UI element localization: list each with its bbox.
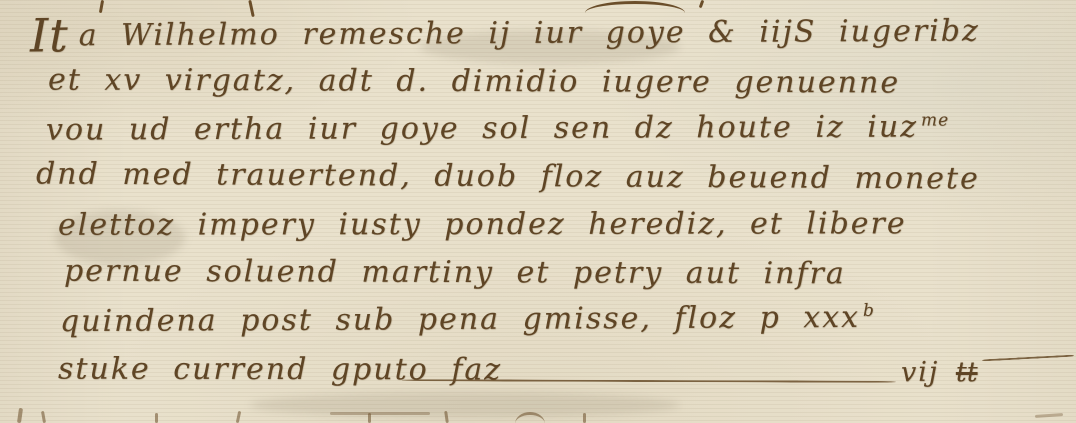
line-text: dnd med trauertend, duob floz auz beuend…: [36, 157, 980, 197]
entry-line-2: et xv virgatz, adt d. dimidio iugere gen…: [48, 63, 900, 101]
amount-rule: [982, 355, 1074, 362]
manuscript-page: Ita Wilhelmo remesche ij iur goye & iijS…: [0, 0, 1076, 423]
entry-line-8: stuke currend gputo faz: [58, 352, 502, 388]
entry-line-3: vou ud ertha iur goye sol sen dz houte i…: [46, 109, 949, 147]
libra-sign: tt: [956, 357, 978, 388]
amount: vij tt: [901, 357, 978, 388]
entry-line-5: elettoz impery iusty pondez herediz, et …: [58, 206, 907, 242]
line-text: pernue soluend martiny et petry aut infr…: [64, 254, 846, 292]
ink-showthrough-bottom: [250, 392, 680, 418]
entry-line-7: quindena post sub pena gmisse, floz p xx…: [60, 300, 875, 339]
line-text: stuke currend gputo faz: [58, 352, 502, 388]
line-text: quindena post sub pena gmisse, floz p xx…: [60, 300, 860, 339]
entry-line-1: Ita Wilhelmo remesche ij iur goye & iijS…: [30, 14, 980, 54]
superscript-abbreviation: me: [921, 110, 949, 130]
line-text: et xv virgatz, adt d. dimidio iugere gen…: [48, 63, 900, 101]
superscript-abbreviation: b: [863, 301, 875, 321]
line-initial: It: [30, 8, 69, 62]
line-text: a Wilhelmo remesche ij iur goye & iijS i…: [79, 14, 980, 54]
entry-line-4: dnd med trauertend, duob floz auz beuend…: [36, 157, 980, 197]
entry-line-6: pernue soluend martiny et petry aut infr…: [64, 254, 846, 292]
line-text: elettoz impery iusty pondez herediz, et …: [58, 206, 907, 242]
amount-value: vij: [901, 357, 939, 388]
line-text: vou ud ertha iur goye sol sen dz houte i…: [46, 110, 918, 148]
